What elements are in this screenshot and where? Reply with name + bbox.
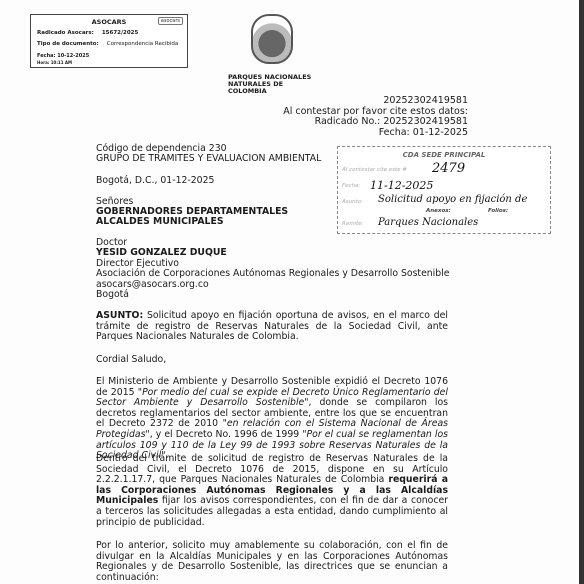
parques-nacionales-logo: PARQUES NACIONALES NATURALES DE COLOMBIA (222, 14, 322, 95)
stamp-fecha: Fecha: 10-12-2025 (37, 53, 89, 59)
stamp-tipo-row: Tipo de documento:Correspondencia Recibi… (37, 41, 178, 47)
addressee-org: Asociación de Corporaciones Autónomas Re… (96, 269, 449, 280)
asocars-logo-icon: asocars (158, 17, 183, 25)
asunto-paragraph: ASUNTO: Solicitud apoyo en fijación opor… (96, 311, 448, 343)
addressee-city: Bogotá (96, 290, 129, 301)
asocars-receipt-stamp: ASOCARS asocars Radicado Asocars:15672/2… (30, 14, 188, 68)
cda-receipt-stamp: CDA SEDE PRINCIPAL Al contestar cite est… (337, 146, 551, 234)
radicado-fecha: Fecha: 01-12-2025 (270, 128, 468, 139)
cda-label-folios: Folios: (488, 208, 508, 214)
logo-line-2: NATURALES DE COLOMBIA (228, 81, 322, 95)
grupo-dependencia: GRUPO DE TRAMITES Y EVALUACION AMBIENTAL (96, 154, 321, 165)
cda-label-asunto: Asunto: (342, 199, 363, 205)
cda-number: 2479 (432, 161, 465, 176)
stamp-hora: Hora: 10:11 AM (37, 60, 72, 65)
radicado-line: Radicado No.: 20252302419581 (270, 117, 468, 128)
cda-remite: Parques Nacionales (378, 217, 478, 228)
radicado-number: 20252302419581 (270, 96, 468, 107)
paragraph-decreto-1076: El Ministerio de Ambiente y Desarrollo S… (96, 377, 448, 462)
cordial-saludo: Cordial Saludo, (96, 355, 166, 366)
stamp-radicado-label: Radicado Asocars: (37, 30, 94, 36)
addressee-name: YESID GONZALEZ DUQUE (96, 248, 227, 259)
paragraph-tramite-registro: Dentro del trámite de solicitud de regis… (96, 454, 448, 528)
asunto-text: Solicitud apoyo en fijación oportuna de … (96, 310, 448, 342)
recipients-line-2: ALCALDES MUNICIPALES (96, 217, 224, 228)
cda-asunto: Solicitud apoyo en fijación de (378, 194, 527, 205)
cda-label-anexos: Anexos: (426, 208, 451, 214)
stamp-tipo-value: Correspondencia Recibida (107, 41, 179, 47)
stamp-radicado-value: 15672/2025 (102, 30, 138, 36)
viewer-edge-scrollbar (579, 0, 584, 584)
cda-label-remite: Remite: (342, 221, 363, 227)
p1-text-e: , y el Decreto No. 1996 de 1999 (150, 429, 303, 440)
asunto-label: ASUNTO: (96, 310, 143, 321)
stamp-radicado-row: Radicado Asocars:15672/2025 (37, 30, 138, 36)
cda-date: 11-12-2025 (370, 179, 433, 192)
paragraph-solicitud-colaboracion: Por lo anterior, solicito muy amablement… (96, 541, 448, 583)
cda-stamp-header: CDA SEDE PRINCIPAL (338, 151, 550, 159)
stamp-tipo-label: Tipo de documento: (37, 41, 99, 47)
place-date: Bogotá, D.C., 01-12-2025 (96, 176, 214, 187)
logo-text: PARQUES NACIONALES NATURALES DE COLOMBIA (222, 74, 322, 95)
letter-page: ASOCARS asocars Radicado Asocars:15672/2… (0, 0, 584, 584)
cda-label-cite: Al contestar cite este # (342, 167, 407, 173)
radicado-block: 20252302419581 Al contestar por favor ci… (270, 96, 468, 138)
parques-emblem-icon (251, 14, 293, 64)
cda-label-fecha: Fecha: (342, 183, 360, 189)
